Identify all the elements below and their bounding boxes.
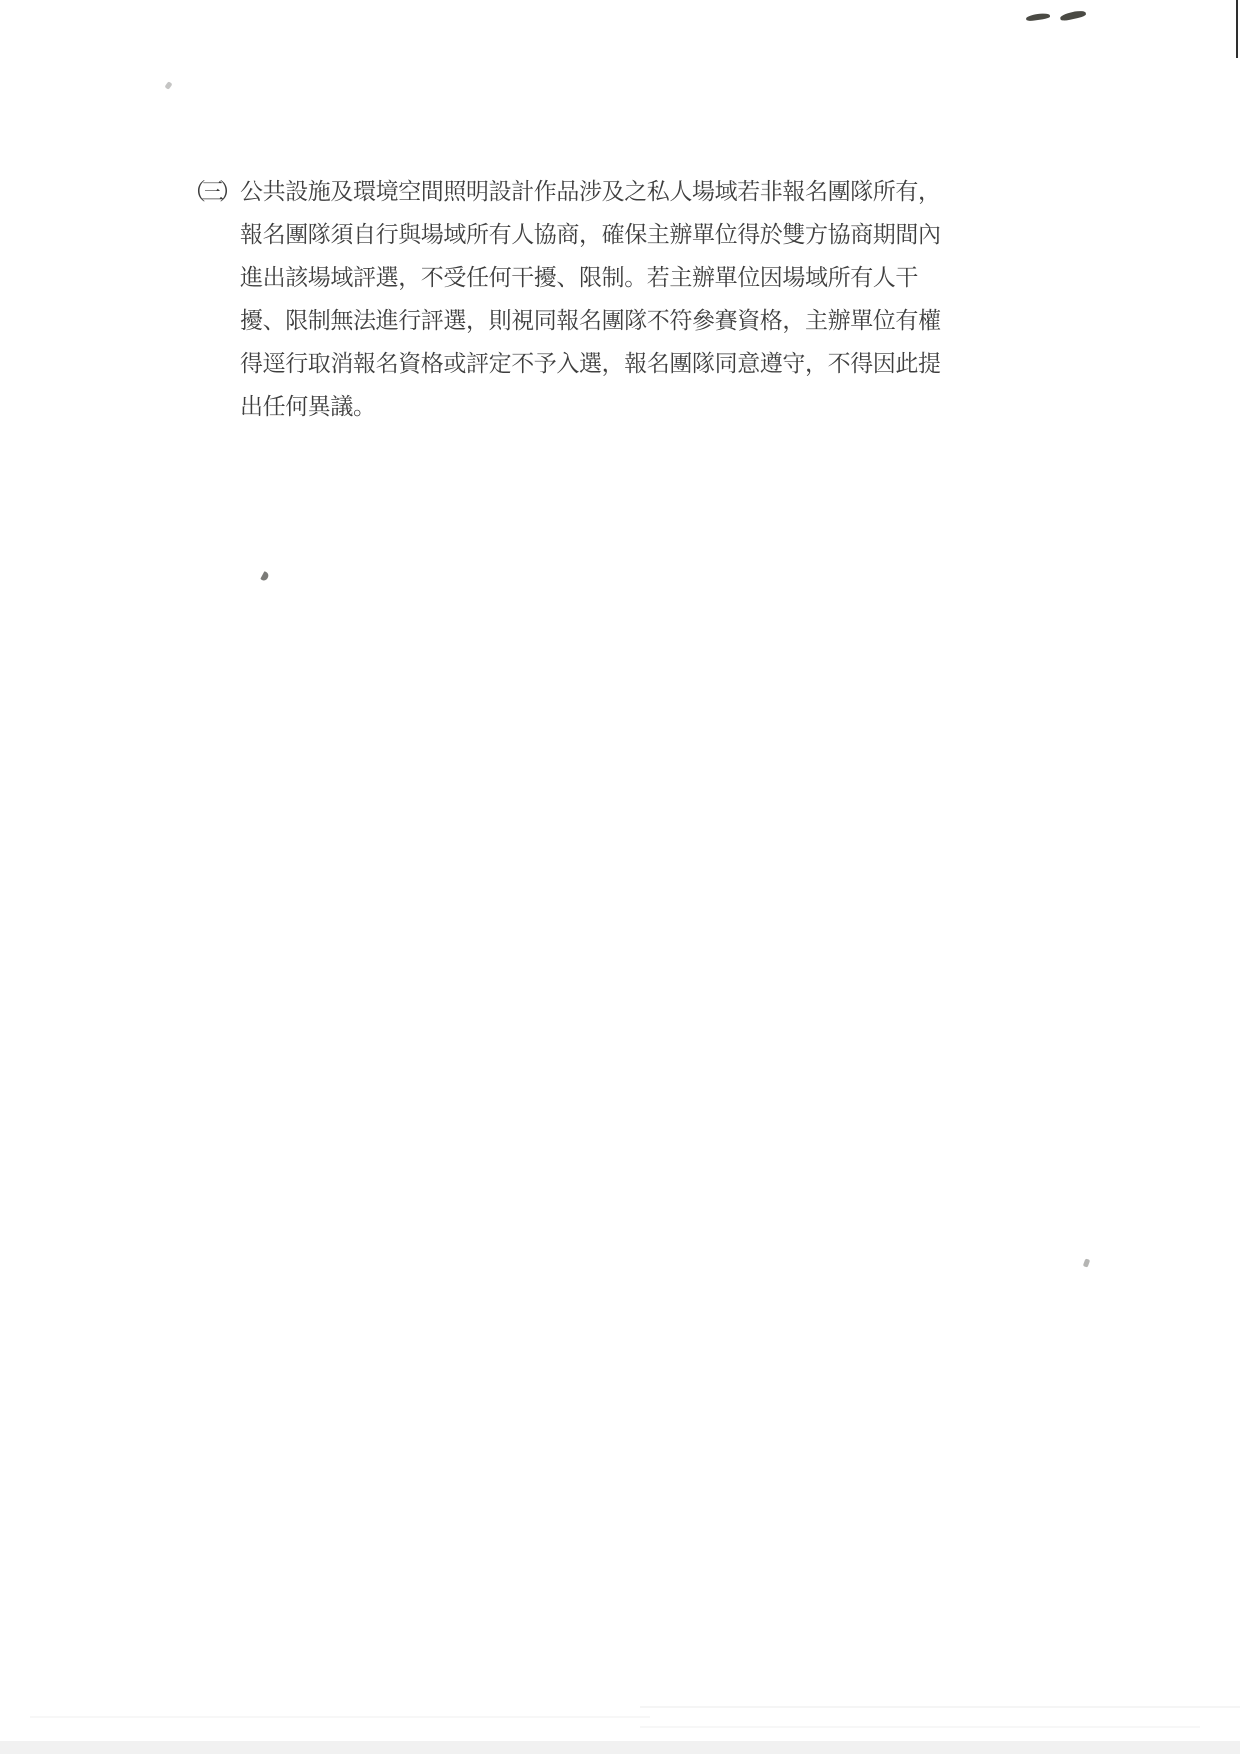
clause-line: 公共設施及環境空間照明設計作品涉及之私人場域若非報名團隊所有，	[240, 170, 950, 213]
scanner-streak	[30, 1716, 650, 1718]
scanned-document-page: （三） 公共設施及環境空間照明設計作品涉及之私人場域若非報名團隊所有， 報名團隊…	[0, 0, 1240, 1754]
ink-speck	[1083, 1258, 1090, 1267]
clause-line: 得逕行取消報名資格或評定不予入選，報名團隊同意遵守，不得因此提	[240, 342, 950, 385]
scan-smudge-mark	[1060, 9, 1087, 21]
scanner-streak	[640, 1706, 1240, 1708]
scanner-bottom-band	[0, 1741, 1240, 1754]
clause-line: 進出該場域評選，不受任何干擾、限制。若主辦單位因場域所有人干	[240, 256, 950, 299]
clause-paragraph: （三） 公共設施及環境空間照明設計作品涉及之私人場域若非報名團隊所有， 報名團隊…	[240, 170, 950, 428]
clause-line: 報名團隊須自行與場域所有人協商，確保主辦單位得於雙方協商期間內	[240, 213, 950, 256]
clause-number: （三）	[183, 170, 237, 213]
clause-line: 出任何異議。	[240, 385, 950, 428]
page-right-edge-line	[1236, 0, 1238, 58]
ink-speck	[260, 571, 270, 582]
clause-line: 擾、限制無法進行評選，則視同報名團隊不符參賽資格，主辦單位有權	[240, 299, 950, 342]
scan-smudge-mark	[1026, 12, 1051, 21]
ink-speck	[164, 81, 172, 90]
scanner-streak	[640, 1726, 1200, 1728]
